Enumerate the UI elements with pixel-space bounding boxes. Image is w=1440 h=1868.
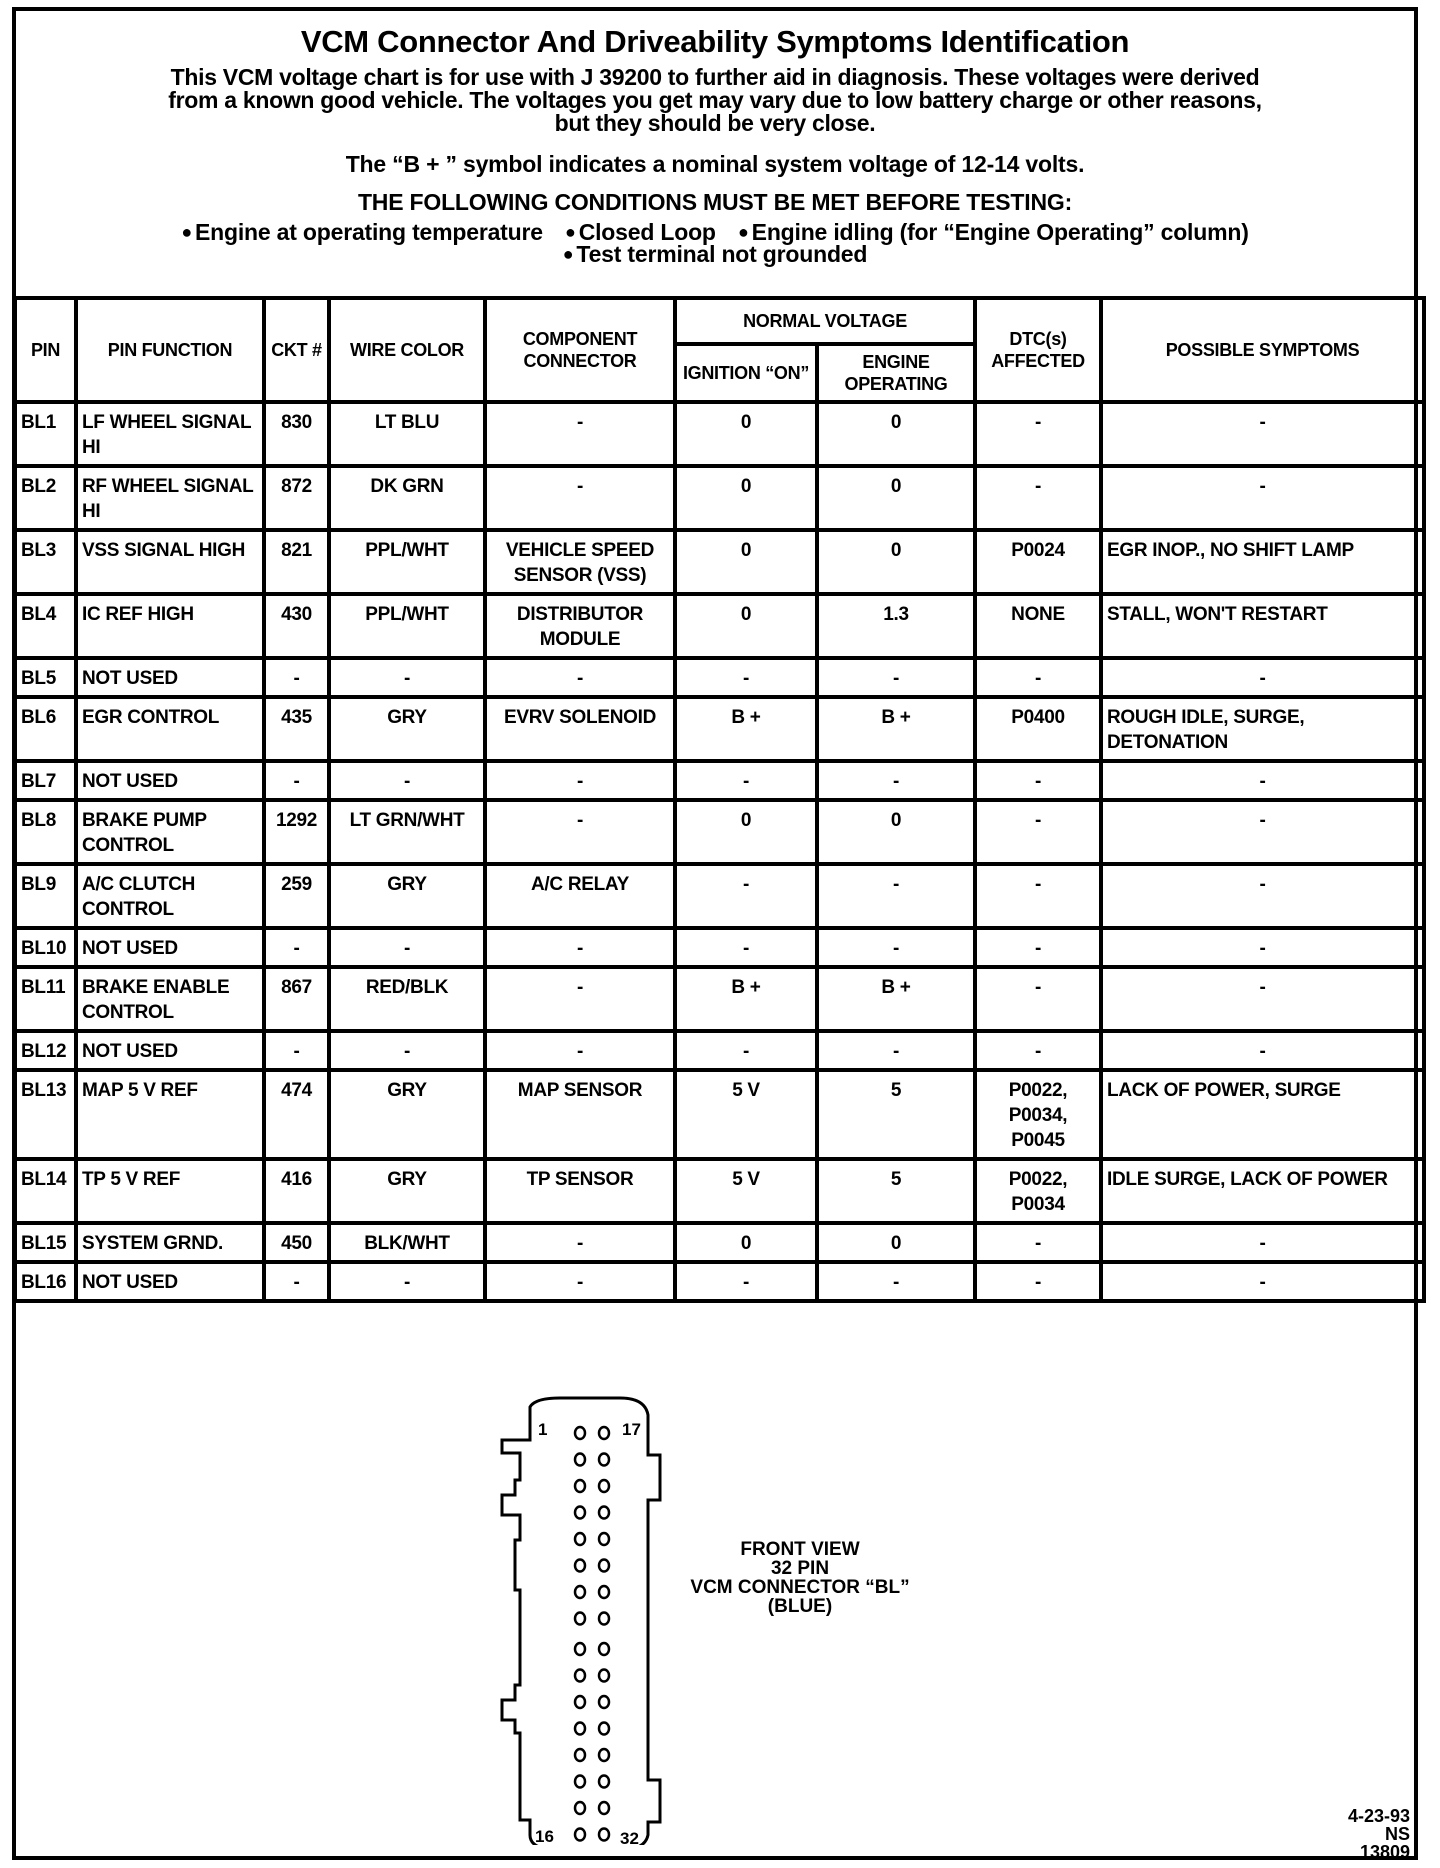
cell-symptoms: - [1101, 761, 1424, 800]
conditions-title: THE FOLLOWING CONDITIONS MUST BE MET BEF… [16, 189, 1414, 215]
intro-line: This VCM voltage chart is for use with J… [56, 66, 1374, 89]
cell-dtc: P0400 [975, 697, 1101, 761]
connector-pin-icon [575, 1560, 585, 1572]
cell-pin: BL4 [15, 594, 76, 658]
cell-engine-operating: - [817, 864, 975, 928]
cell-ignition-on: 0 [675, 800, 817, 864]
cell-engine-operating: - [817, 761, 975, 800]
bullet-icon: ● [738, 222, 749, 242]
cell-pin: BL12 [15, 1031, 76, 1070]
cell-ignition-on: 5 V [675, 1070, 817, 1159]
cell-component: DISTRIBUTOR MODULE [485, 594, 675, 658]
cell-wire-color: LT GRN/WHT [329, 800, 485, 864]
cell-component: EVRV SOLENOID [485, 697, 675, 761]
document-header: VCM Connector And Driveability Symptoms … [16, 11, 1414, 296]
cell-component: - [485, 402, 675, 466]
cell-function: BRAKE ENABLE CONTROL [76, 967, 264, 1031]
connector-pin-icon [599, 1613, 609, 1625]
connector-pin-icon [575, 1427, 585, 1439]
table-row: BL8BRAKE PUMP CONTROL1292LT GRN/WHT-00-- [15, 800, 1424, 864]
cell-function: NOT USED [76, 928, 264, 967]
cell-symptoms: - [1101, 1031, 1424, 1070]
cell-component: - [485, 1223, 675, 1262]
cell-wire-color: GRY [329, 1159, 485, 1223]
cell-ignition-on: - [675, 928, 817, 967]
header-dtcs-affected: DTC(s) AFFECTED [975, 298, 1101, 402]
cell-component: A/C RELAY [485, 864, 675, 928]
cell-wire-color: - [329, 1031, 485, 1070]
conditions-list: ●Engine at operating temperature ●Closed… [16, 221, 1414, 265]
doc-date: 4-23-93 [1330, 1807, 1410, 1825]
cell-ckt: 821 [264, 530, 329, 594]
cell-engine-operating: 5 [817, 1159, 975, 1223]
connector-caption: FRONT VIEW 32 PIN VCM CONNECTOR “BL” (BL… [660, 1540, 940, 1616]
table-row: BL15SYSTEM GRND.450BLK/WHT-00-- [15, 1223, 1424, 1262]
cell-engine-operating: 0 [817, 402, 975, 466]
cell-wire-color: RED/BLK [329, 967, 485, 1031]
cell-function: NOT USED [76, 1262, 264, 1301]
cell-engine-operating: B + [817, 967, 975, 1031]
cell-component: MAP SENSOR [485, 1070, 675, 1159]
cell-symptoms: IDLE SURGE, LACK OF POWER [1101, 1159, 1424, 1223]
cell-dtc: - [975, 1223, 1101, 1262]
cell-ckt: - [264, 928, 329, 967]
cell-function: LF WHEEL SIGNAL HI [76, 402, 264, 466]
connector-pin-icon [599, 1723, 609, 1735]
cell-ckt: 867 [264, 967, 329, 1031]
cell-ckt: 430 [264, 594, 329, 658]
header-pin: PIN [15, 298, 76, 402]
cell-component: - [485, 466, 675, 530]
cell-ignition-on: - [675, 761, 817, 800]
cell-wire-color: GRY [329, 1070, 485, 1159]
cell-engine-operating: 5 [817, 1070, 975, 1159]
header-normal-voltage: NORMAL VOLTAGE [675, 298, 975, 344]
cell-engine-operating: 0 [817, 530, 975, 594]
cell-pin: BL9 [15, 864, 76, 928]
intro-line: but they should be very close. [56, 112, 1374, 135]
connector-pin-icon [575, 1454, 585, 1466]
cell-symptoms: - [1101, 658, 1424, 697]
cell-dtc: - [975, 761, 1101, 800]
cell-function: NOT USED [76, 761, 264, 800]
cell-component: - [485, 658, 675, 697]
cell-ckt: - [264, 1262, 329, 1301]
cell-dtc: - [975, 928, 1101, 967]
cell-dtc: P0024 [975, 530, 1101, 594]
cell-ignition-on: B + [675, 697, 817, 761]
connector-pin-icon [575, 1586, 585, 1598]
cell-symptoms: - [1101, 402, 1424, 466]
caption-line: FRONT VIEW [660, 1540, 940, 1559]
connector-pin-icon [599, 1643, 609, 1655]
pin-number-label: 16 [535, 1827, 554, 1845]
table-row: BL4IC REF HIGH430PPL/WHTDISTRIBUTOR MODU… [15, 594, 1424, 658]
cell-ignition-on: 0 [675, 402, 817, 466]
cell-pin: BL16 [15, 1262, 76, 1301]
cell-dtc: - [975, 1031, 1101, 1070]
cell-function: SYSTEM GRND. [76, 1223, 264, 1262]
cell-function: VSS SIGNAL HIGH [76, 530, 264, 594]
cell-wire-color: - [329, 1262, 485, 1301]
cell-engine-operating: 0 [817, 466, 975, 530]
bplus-note: The “B + ” symbol indicates a nominal sy… [16, 151, 1414, 177]
connector-pin-icon [575, 1829, 585, 1841]
cell-pin: BL8 [15, 800, 76, 864]
cell-wire-color: BLK/WHT [329, 1223, 485, 1262]
cell-wire-color: DK GRN [329, 466, 485, 530]
cell-symptoms: - [1101, 967, 1424, 1031]
cell-component: TP SENSOR [485, 1159, 675, 1223]
cell-pin: BL6 [15, 697, 76, 761]
cell-dtc: - [975, 466, 1101, 530]
connector-pin-icon [599, 1507, 609, 1519]
connector-pin-icon [599, 1454, 609, 1466]
header-ckt: CKT # [264, 298, 329, 402]
cell-pin: BL7 [15, 761, 76, 800]
connector-pin-icon [575, 1533, 585, 1545]
cell-wire-color: - [329, 928, 485, 967]
connector-pin-icon [599, 1696, 609, 1708]
cell-function: MAP 5 V REF [76, 1070, 264, 1159]
table-row: BL14TP 5 V REF416GRYTP SENSOR5 V5P0022, … [15, 1159, 1424, 1223]
cell-function: A/C CLUTCH CONTROL [76, 864, 264, 928]
cell-function: IC REF HIGH [76, 594, 264, 658]
connector-pin-icon [575, 1802, 585, 1814]
table-row: BL7NOT USED------- [15, 761, 1424, 800]
connector-pin-icon [599, 1670, 609, 1682]
table-row: BL6EGR CONTROL435GRYEVRV SOLENOIDB +B +P… [15, 697, 1424, 761]
table-row: BL1LF WHEEL SIGNAL HI830LT BLU-00-- [15, 402, 1424, 466]
cell-ckt: 450 [264, 1223, 329, 1262]
cell-symptoms: - [1101, 928, 1424, 967]
cell-engine-operating: - [817, 1031, 975, 1070]
intro-text: This VCM voltage chart is for use with J… [16, 66, 1414, 135]
connector-pin-icon [575, 1613, 585, 1625]
condition-item: ●Engine at operating temperature [181, 219, 543, 245]
cell-symptoms: - [1101, 864, 1424, 928]
cell-pin: BL11 [15, 967, 76, 1031]
cell-wire-color: LT BLU [329, 402, 485, 466]
cell-symptoms: - [1101, 1223, 1424, 1262]
cell-dtc: P0022, P0034 [975, 1159, 1101, 1223]
cell-ckt: 1292 [264, 800, 329, 864]
cell-ignition-on: B + [675, 967, 817, 1031]
cell-pin: BL1 [15, 402, 76, 466]
condition-item: ●Test terminal not grounded [563, 241, 868, 267]
connector-diagram: 1 17 16 32 [480, 1395, 680, 1845]
cell-ckt: 872 [264, 466, 329, 530]
connector-pin-icon [599, 1533, 609, 1545]
connector-pin-icon [575, 1723, 585, 1735]
document-reference: 4-23-93 NS 13809 [1330, 1807, 1410, 1861]
cell-ignition-on: - [675, 658, 817, 697]
cell-pin: BL13 [15, 1070, 76, 1159]
table-row: BL12NOT USED------- [15, 1031, 1424, 1070]
connector-pin-icon [575, 1643, 585, 1655]
pin-number-label: 1 [538, 1420, 547, 1439]
cell-symptoms: - [1101, 1262, 1424, 1301]
connector-pin-icon [599, 1480, 609, 1492]
cell-function: NOT USED [76, 658, 264, 697]
cell-ignition-on: 0 [675, 530, 817, 594]
cell-symptoms: LACK OF POWER, SURGE [1101, 1070, 1424, 1159]
cell-pin: BL14 [15, 1159, 76, 1223]
cell-ignition-on: - [675, 1031, 817, 1070]
table-row: BL10NOT USED------- [15, 928, 1424, 967]
cell-dtc: P0022, P0034, P0045 [975, 1070, 1101, 1159]
cell-ignition-on: 5 V [675, 1159, 817, 1223]
cell-component: - [485, 928, 675, 967]
cell-ckt: 474 [264, 1070, 329, 1159]
connector-pin-icon [599, 1802, 609, 1814]
vcm-pin-table: PIN PIN FUNCTION CKT # WIRE COLOR COMPON… [13, 296, 1426, 1303]
cell-ckt: - [264, 1031, 329, 1070]
cell-engine-operating: - [817, 1262, 975, 1301]
cell-pin: BL10 [15, 928, 76, 967]
cell-ignition-on: - [675, 1262, 817, 1301]
table-row: BL9A/C CLUTCH CONTROL259GRYA/C RELAY---- [15, 864, 1424, 928]
connector-pin-icon [599, 1586, 609, 1598]
doc-number: NS 13809 [1330, 1825, 1410, 1861]
bullet-icon: ● [565, 222, 576, 242]
pin-number-label: 32 [620, 1829, 639, 1845]
connector-pin-icon [599, 1749, 609, 1761]
cell-function: BRAKE PUMP CONTROL [76, 800, 264, 864]
cell-ckt: 259 [264, 864, 329, 928]
cell-ignition-on: 0 [675, 594, 817, 658]
connector-pin-icon [575, 1696, 585, 1708]
cell-component: - [485, 1262, 675, 1301]
connector-pin-icon [599, 1427, 609, 1439]
cell-dtc: - [975, 402, 1101, 466]
header-ignition-on: IGNITION “ON” [675, 344, 817, 402]
cell-pin: BL5 [15, 658, 76, 697]
header-component-connector: COMPONENT CONNECTOR [485, 298, 675, 402]
header-wire-color: WIRE COLOR [329, 298, 485, 402]
cell-engine-operating: - [817, 658, 975, 697]
cell-ckt: - [264, 761, 329, 800]
cell-pin: BL15 [15, 1223, 76, 1262]
table-row: BL3VSS SIGNAL HIGH821PPL/WHTVEHICLE SPEE… [15, 530, 1424, 594]
table-row: BL16NOT USED------- [15, 1262, 1424, 1301]
cell-engine-operating: B + [817, 697, 975, 761]
cell-engine-operating: 1.3 [817, 594, 975, 658]
table-row: BL5NOT USED------- [15, 658, 1424, 697]
table-row: BL2RF WHEEL SIGNAL HI872DK GRN-00-- [15, 466, 1424, 530]
connector-pin-icon [575, 1480, 585, 1492]
cell-function: TP 5 V REF [76, 1159, 264, 1223]
bullet-icon: ● [563, 244, 574, 264]
bullet-icon: ● [181, 222, 192, 242]
pin-number-label: 17 [622, 1420, 641, 1439]
cell-ckt: 416 [264, 1159, 329, 1223]
header-possible-symptoms: POSSIBLE SYMPTOMS [1101, 298, 1424, 402]
cell-pin: BL2 [15, 466, 76, 530]
cell-symptoms: - [1101, 800, 1424, 864]
cell-ckt: 435 [264, 697, 329, 761]
cell-ignition-on: - [675, 864, 817, 928]
cell-engine-operating: 0 [817, 800, 975, 864]
cell-wire-color: GRY [329, 697, 485, 761]
header-engine-operating: ENGINE OPERATING [817, 344, 975, 402]
caption-line: 32 PIN [660, 1559, 940, 1578]
connector-pin-icon [599, 1560, 609, 1572]
cell-wire-color: - [329, 658, 485, 697]
cell-ckt: 830 [264, 402, 329, 466]
cell-function: RF WHEEL SIGNAL HI [76, 466, 264, 530]
cell-pin: BL3 [15, 530, 76, 594]
cell-dtc: - [975, 800, 1101, 864]
cell-function: NOT USED [76, 1031, 264, 1070]
connector-pin-icon [575, 1507, 585, 1519]
cell-dtc: - [975, 967, 1101, 1031]
cell-component: - [485, 761, 675, 800]
connector-pin-icon [599, 1776, 609, 1788]
table-row: BL13MAP 5 V REF474GRYMAP SENSOR5 V5P0022… [15, 1070, 1424, 1159]
caption-line: VCM CONNECTOR “BL” [660, 1578, 940, 1597]
table-row: BL11BRAKE ENABLE CONTROL867RED/BLK-B +B … [15, 967, 1424, 1031]
cell-dtc: - [975, 864, 1101, 928]
cell-component: - [485, 800, 675, 864]
intro-line: from a known good vehicle. The voltages … [56, 89, 1374, 112]
header-pin-function: PIN FUNCTION [76, 298, 264, 402]
caption-line: (BLUE) [660, 1597, 940, 1616]
cell-wire-color: - [329, 761, 485, 800]
cell-engine-operating: - [817, 928, 975, 967]
cell-dtc: - [975, 658, 1101, 697]
connector-pin-icon [599, 1829, 609, 1841]
cell-wire-color: GRY [329, 864, 485, 928]
cell-ckt: - [264, 658, 329, 697]
connector-pin-icon [575, 1670, 585, 1682]
cell-component: - [485, 967, 675, 1031]
connector-pin-icon [575, 1749, 585, 1761]
cell-wire-color: PPL/WHT [329, 530, 485, 594]
cell-ignition-on: 0 [675, 1223, 817, 1262]
cell-wire-color: PPL/WHT [329, 594, 485, 658]
cell-ignition-on: 0 [675, 466, 817, 530]
cell-component: VEHICLE SPEED SENSOR (VSS) [485, 530, 675, 594]
cell-dtc: NONE [975, 594, 1101, 658]
cell-symptoms: - [1101, 466, 1424, 530]
cell-engine-operating: 0 [817, 1223, 975, 1262]
connector-pin-icon [575, 1776, 585, 1788]
cell-function: EGR CONTROL [76, 697, 264, 761]
cell-symptoms: STALL, WON'T RESTART [1101, 594, 1424, 658]
cell-component: - [485, 1031, 675, 1070]
cell-symptoms: ROUGH IDLE, SURGE, DETONATION [1101, 697, 1424, 761]
cell-dtc: - [975, 1262, 1101, 1301]
cell-symptoms: EGR INOP., NO SHIFT LAMP [1101, 530, 1424, 594]
document-title: VCM Connector And Driveability Symptoms … [16, 24, 1414, 60]
